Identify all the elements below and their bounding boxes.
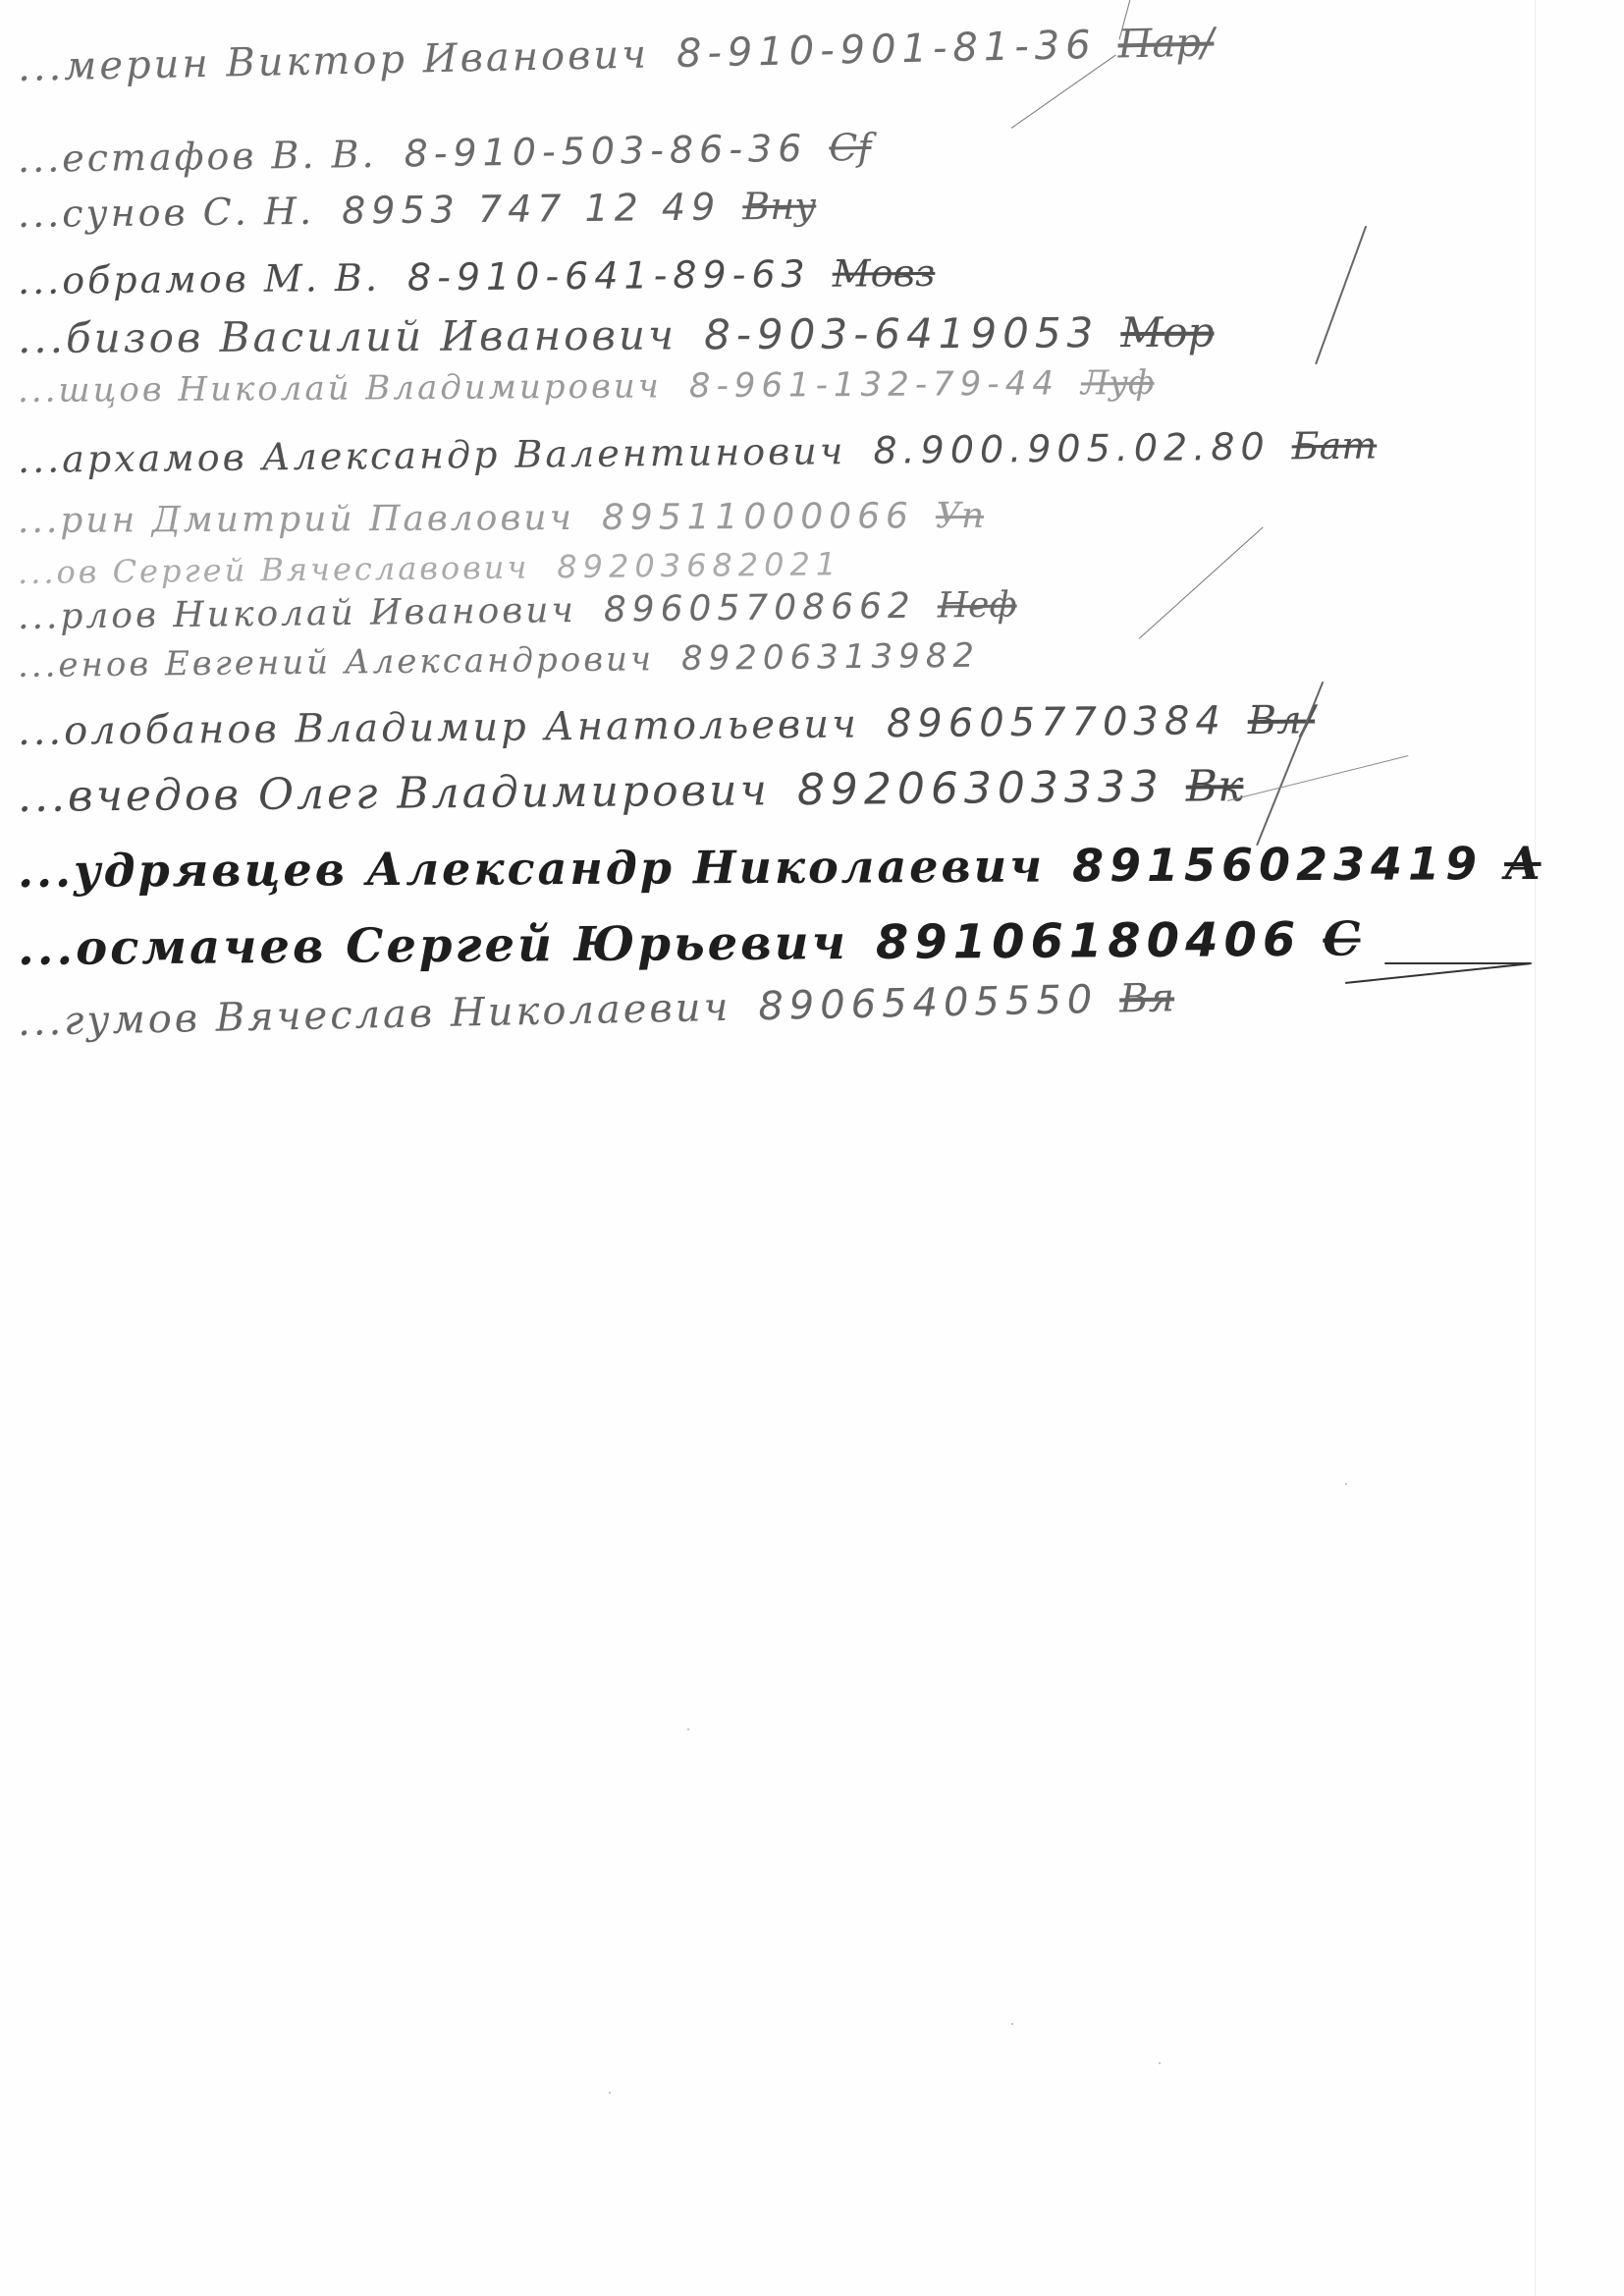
entry-phone: 8-910-503-86-36 [404,127,807,176]
scanned-page: ...мерин Виктор Иванович8-910-901-81-36П… [0,0,1624,2296]
entry-name: ...гумов Вячеслав Николаевич [18,985,731,1045]
entry-phone: 89156023419 [1072,837,1483,892]
entry-signature: А [1504,837,1542,890]
list-entry: ...мерин Виктор Иванович8-910-901-81-36П… [18,20,1215,90]
entry-name: ...мерин Виктор Иванович [18,32,650,90]
entry-name: ...бизов Василий Иванович [18,310,677,362]
entry-name: ...архамов Александр Валентинович [18,429,846,481]
entry-name: ...шцов Николай Владимирович [18,366,662,410]
signature-stroke [1384,962,1532,964]
list-entry: ...сунов С. Н.8953 747 12 49Вну [18,184,817,236]
list-entry: ...рлов Николай Иванович89605708662Неф [18,585,1017,637]
entry-name: ...олобанов Владимир Анатольевич [18,702,859,754]
entry-phone: 8-910-641-89-63 [407,252,811,300]
list-entry: ...осмачев Сергей Юрьевич89106180406С [18,911,1361,976]
entry-phone: 89605708662 [604,586,916,630]
signature-stroke [1139,526,1264,638]
list-entry: ...олобанов Владимир Анатольевич89605770… [18,697,1316,754]
scan-speck [609,2092,611,2094]
list-entry: ...обрамов М. В.8-910-641-89-63Мовз [18,251,936,302]
list-entry: ...вчедов Олег Владимирович89206303333Вк [18,761,1244,822]
scan-speck [1011,2023,1013,2025]
entry-name: ...вчедов Олег Владимирович [18,765,770,822]
scan-speck [1345,1483,1347,1485]
list-entry: ...естафов В. В.8-910-503-86-36Cf [18,126,872,181]
entry-phone: 8-910-901-81-36 [677,23,1098,77]
entry-phone: 89065405550 [758,977,1099,1029]
entry-name: ...сунов С. Н. [18,190,315,236]
entry-name: ...рлов Николай Иванович [18,590,576,637]
list-entry: ...удрявцев Александр Николаевич89156023… [18,837,1542,898]
entry-name: ...удрявцев Александр Николаевич [18,840,1045,898]
entry-signature: Вну [742,184,816,228]
scan-speck [1159,2062,1161,2064]
entry-phone: 89511000066 [602,496,914,538]
signature-stroke [1345,962,1531,984]
list-entry: ...шцов Николай Владимирович8-961-132-79… [18,363,1155,410]
signature-stroke [1315,226,1367,365]
entry-phone: 89206303333 [797,762,1164,815]
entry-signature: Cf [829,126,872,170]
list-entry: ...гумов Вячеслав Николаевич89065405550В… [18,975,1175,1045]
entry-phone: 8-903-6419053 [704,308,1100,358]
entry-signature: Неф [938,585,1017,627]
list-entry: ...ов Сергей Вячеславович89203682021 [18,545,864,591]
entry-name: ...енов Евгений Александрович [18,639,654,685]
entry-name: ...естафов В. В. [18,133,377,181]
entry-phone: 8-961-132-79-44 [689,364,1059,407]
entry-name: ...рин Дмитрий Павлович [18,498,574,541]
entry-signature: Вк [1186,761,1244,812]
list-entry: ...енов Евгений Александрович89206313982 [18,636,1001,685]
signature-stroke [1227,755,1409,801]
entry-signature: Луф [1081,363,1155,404]
entry-name: ...ов Сергей Вячеславович [18,549,530,591]
entry-signature: Мор [1120,308,1214,356]
entry-name: ...обрамов М. В. [18,256,380,302]
entry-phone: 89206313982 [681,636,980,679]
entry-signature: Вя [1119,975,1175,1021]
entry-signature: С [1323,911,1361,966]
entry-phone: 8953 747 12 49 [342,186,722,233]
list-entry: ...бизов Василий Иванович8-903-6419053Мо… [18,308,1215,362]
entry-signature: Пар/ [1117,20,1215,67]
entry-phone: 89106180406 [876,912,1302,970]
entry-signature: Бат [1291,424,1377,468]
list-entry: ...рин Дмитрий Павлович89511000066Уп [18,496,984,541]
entry-phone: 8.900.905.02.80 [873,425,1271,472]
scan-edge-line [1535,0,1536,2296]
entry-signature: Уп [936,496,984,536]
list-entry: ...архамов Александр Валентинович8.900.9… [18,424,1378,481]
scan-speck [687,1728,689,1730]
entry-phone: 89605770384 [887,698,1226,746]
entry-name: ...осмачев Сергей Юрьевич [18,915,848,976]
entry-signature: Мовз [833,251,936,296]
entry-phone: 89203682021 [557,545,841,585]
